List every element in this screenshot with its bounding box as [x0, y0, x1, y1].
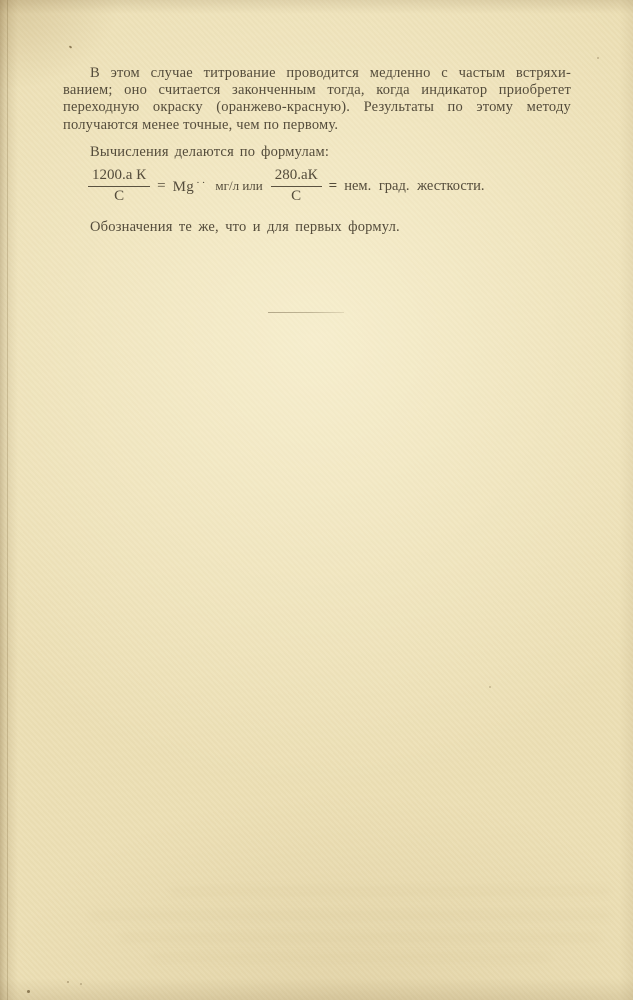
paper-speck — [27, 990, 30, 993]
paper-speck — [80, 983, 82, 985]
fraction-1: 1200.а К С — [88, 167, 150, 205]
closing-line: Обозначения те же, что и для первых форм… — [90, 219, 400, 236]
section-divider-rule — [268, 312, 344, 313]
formula-intro-line: Вычисления делаются по формулам: — [90, 144, 329, 161]
fraction-1-numerator: 1200.а К — [88, 167, 150, 186]
page-text-layer: В этом случае титрование проводится медл… — [0, 0, 633, 1000]
paragraph-line-3: переходную окраску (оранжево-красную). Р… — [63, 99, 571, 116]
paragraph-titration: В этом случае титрование проводится медл… — [63, 65, 571, 134]
equals-sign-2: = — [329, 178, 338, 195]
fraction-2-denominator: С — [291, 187, 301, 205]
paragraph-line-4: получаются менее точные, чем по первому. — [63, 117, 571, 134]
fraction-2: 280.аК С — [271, 167, 322, 205]
paper-speck — [597, 57, 599, 59]
fraction-1-denominator: С — [114, 187, 124, 205]
paragraph-line-2: ванием; оно считается законченным тогда,… — [63, 82, 571, 99]
hardness-formula: 1200.а К С = Mg·· мг/л или 280.аК С = не… — [88, 163, 485, 209]
reverse-side-show-through — [170, 888, 610, 895]
fraction-2-numerator: 280.аК — [271, 167, 322, 186]
reverse-side-show-through — [120, 934, 600, 941]
paragraph-line-1: В этом случае титрование проводится медл… — [63, 65, 571, 82]
scanned-book-page: В этом случае титрование проводится медл… — [0, 0, 633, 1000]
unit-text: мг/л или — [215, 178, 262, 194]
equals-sign-1: = — [157, 178, 165, 195]
paper-speck — [67, 981, 69, 983]
paper-speck — [489, 686, 491, 688]
ion-dots: ·· — [196, 177, 207, 189]
reverse-side-show-through — [150, 954, 550, 960]
reverse-side-show-through — [90, 912, 610, 919]
magnesium-ion-symbol: Mg·· — [173, 176, 206, 196]
formula-result-text: нем. град. жесткости. — [344, 178, 484, 195]
